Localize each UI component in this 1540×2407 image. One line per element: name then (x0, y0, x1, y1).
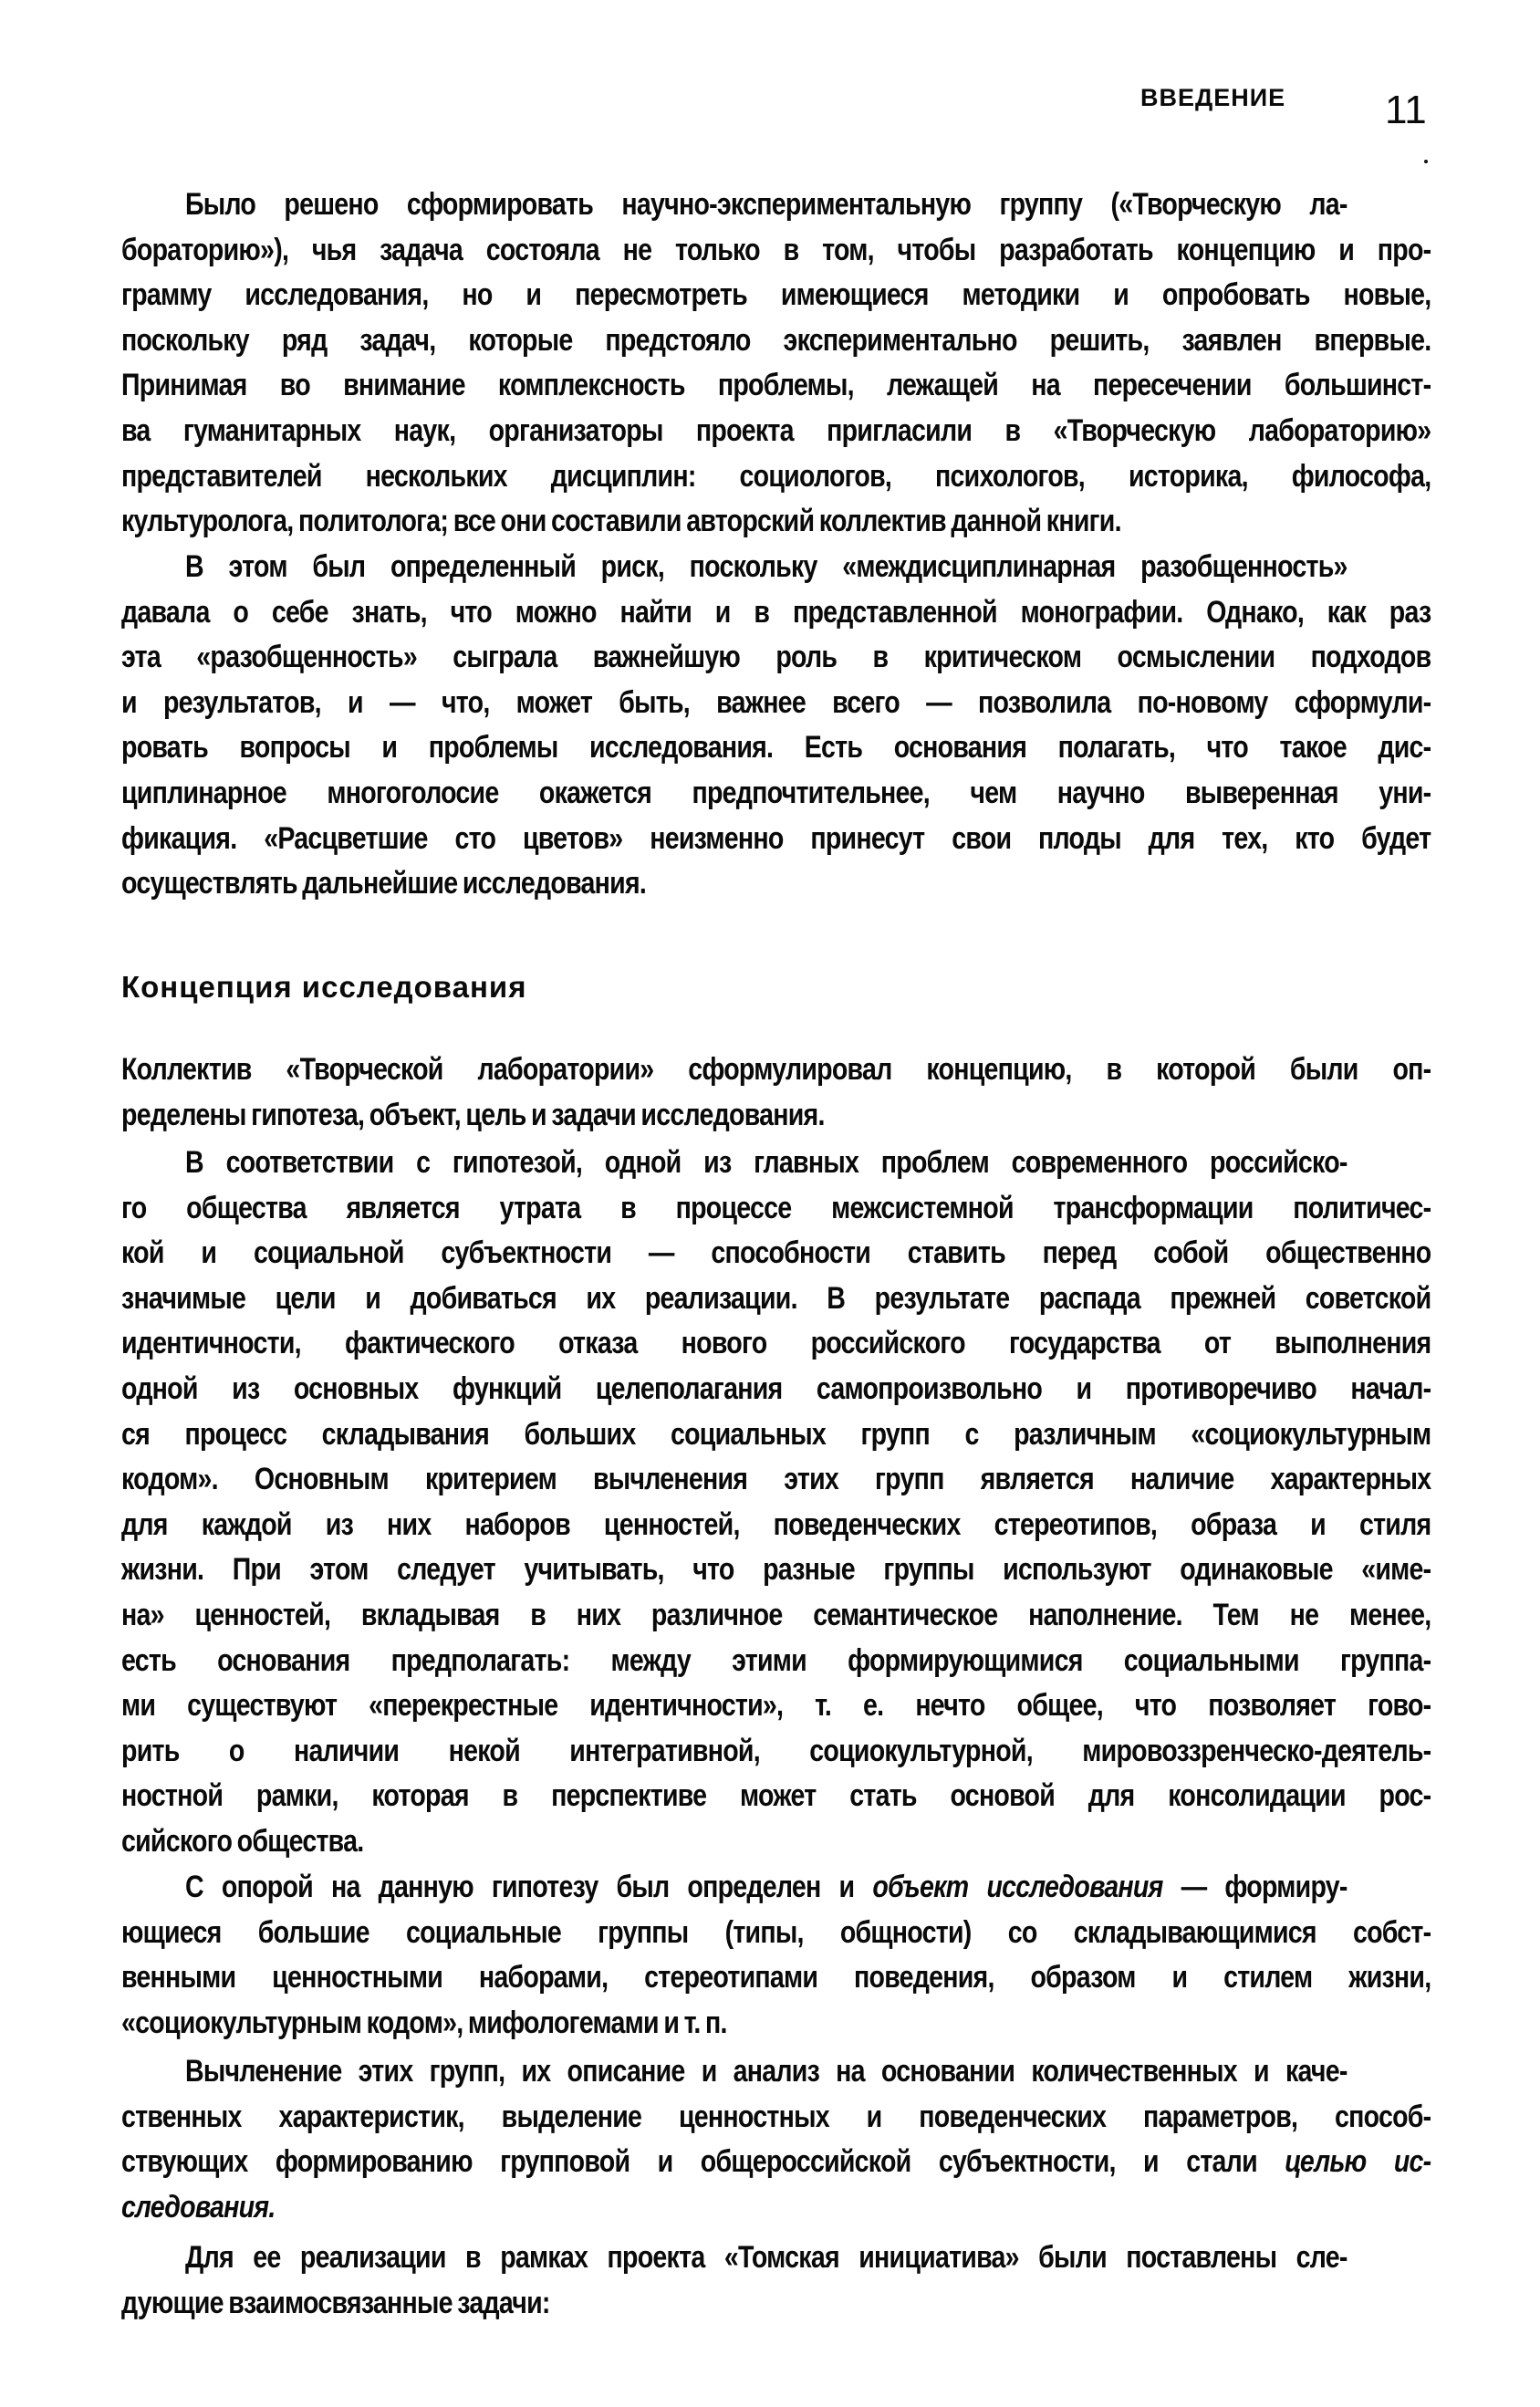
paragraph-object: С опорой на данную гипотезу был определе… (121, 1865, 1431, 2046)
text-line: осуществлять дальнейшие исследования. (121, 861, 1431, 907)
text-line: рить о наличии некой интегративной, соци… (121, 1729, 1431, 1775)
text-line: Для ее реализации в рамках проекта «Томс… (121, 2235, 1431, 2281)
text-line: одной из основных функций целеполагания … (121, 1367, 1431, 1412)
text-line: давала о себе знать, что можно найти и в… (121, 590, 1431, 636)
section-heading: Концепция исследования (121, 970, 526, 1005)
emphasis-term: следования. (121, 2190, 275, 2225)
text-line: следования. (121, 2185, 1431, 2231)
text-line: ствующих формированию групповой и общеро… (121, 2140, 1431, 2185)
text-line: фикация. «Расцветшие сто цветов» неизмен… (121, 817, 1431, 862)
text-line: Принимая во внимание комплексность пробл… (121, 363, 1431, 409)
text-line: ностной рамки, которая в перспективе мож… (121, 1774, 1431, 1819)
text-line: есть основания предполагать: между этими… (121, 1639, 1431, 1684)
text-line: «социокультурным кодом», мифологемами и … (121, 2001, 1431, 2047)
text-line: ределены гипотеза, объект, цель и задачи… (121, 1093, 1431, 1139)
text-line: грамму исследования, но и пересмотреть и… (121, 273, 1431, 318)
text-line: ва гуманитарных наук, организаторы проек… (121, 409, 1431, 454)
paragraph-intro-2: В этом был определенный риск, поскольку … (121, 545, 1431, 907)
text-line: культуролога, политолога; все они состав… (121, 499, 1431, 545)
text-line: поскольку ряд задач, которые предстояло … (121, 318, 1431, 364)
text-line: представителей нескольких дисциплин: соц… (121, 454, 1431, 500)
text-line: го общества является утрата в процессе м… (121, 1186, 1431, 1232)
text-line: ми существуют «перекрестные идентичности… (121, 1683, 1431, 1729)
text-line: ственных характеристик, выделение ценнос… (121, 2095, 1431, 2141)
text-line: В соответствии с гипотезой, одной из гла… (121, 1141, 1431, 1186)
speck (1424, 160, 1428, 163)
text-line: циплинарное многоголосие окажется предпо… (121, 771, 1431, 817)
text-run: ствующих формированию групповой и общеро… (121, 2144, 1285, 2179)
paragraph-goal: Вычленение этих групп, их описание и ана… (121, 2049, 1431, 2230)
text-line: ющиеся большие социальные группы (типы, … (121, 1911, 1431, 1956)
text-line: Вычленение этих групп, их описание и ана… (121, 2049, 1431, 2095)
text-line: на» ценностей, вкладывая в них различное… (121, 1593, 1431, 1639)
text-line: С опорой на данную гипотезу был определе… (121, 1865, 1431, 1911)
text-run: С опорой на данную гипотезу был определе… (185, 1870, 872, 1904)
paragraph-intro-1: Было решено сформировать научно-эксперим… (121, 182, 1431, 545)
paragraph-hypothesis: В соответствии с гипотезой, одной из гла… (121, 1141, 1431, 1865)
emphasis-term: целью ис- (1285, 2144, 1431, 2179)
text-line: эта «разобщенность» сыграла важнейшую ро… (121, 635, 1431, 681)
text-line: кой и социальной субъектности — способно… (121, 1231, 1431, 1276)
text-line: дующие взаимосвязанные задачи: (121, 2281, 1431, 2327)
text-line: идентичности, фактического отказа нового… (121, 1321, 1431, 1367)
text-line: ровать вопросы и проблемы исследования. … (121, 725, 1431, 771)
text-line: значимые цели и добиваться их реализации… (121, 1276, 1431, 1322)
running-head: ВВЕДЕНИЕ (1140, 84, 1285, 112)
emphasis-term: объект исследования (872, 1870, 1162, 1904)
text-line: жизни. При этом следует учитывать, что р… (121, 1547, 1431, 1593)
text-line: и результатов, и — что, может быть, важн… (121, 681, 1431, 726)
text-line: бораторию»), чья задача состояла не толь… (121, 228, 1431, 274)
paragraph-tasks: Для ее реализации в рамках проекта «Томс… (121, 2235, 1431, 2326)
text-line: венными ценностными наборами, стереотипа… (121, 1955, 1431, 2001)
paragraph-concept-1: Коллектив «Творческой лаборатории» сформ… (121, 1047, 1431, 1138)
text-line: сийского общества. (121, 1819, 1431, 1865)
text-line: Было решено сформировать научно-эксперим… (121, 182, 1431, 228)
text-line: Коллектив «Творческой лаборатории» сформ… (121, 1047, 1431, 1093)
page-number: 11 (1385, 88, 1427, 133)
text-line: кодом». Основным критерием вычленения эт… (121, 1457, 1431, 1503)
text-run: — формиру- (1163, 1870, 1347, 1904)
text-line: ся процесс складывания больших социальны… (121, 1412, 1431, 1458)
text-line: для каждой из них наборов ценностей, пов… (121, 1503, 1431, 1548)
text-line: В этом был определенный риск, поскольку … (121, 545, 1431, 590)
